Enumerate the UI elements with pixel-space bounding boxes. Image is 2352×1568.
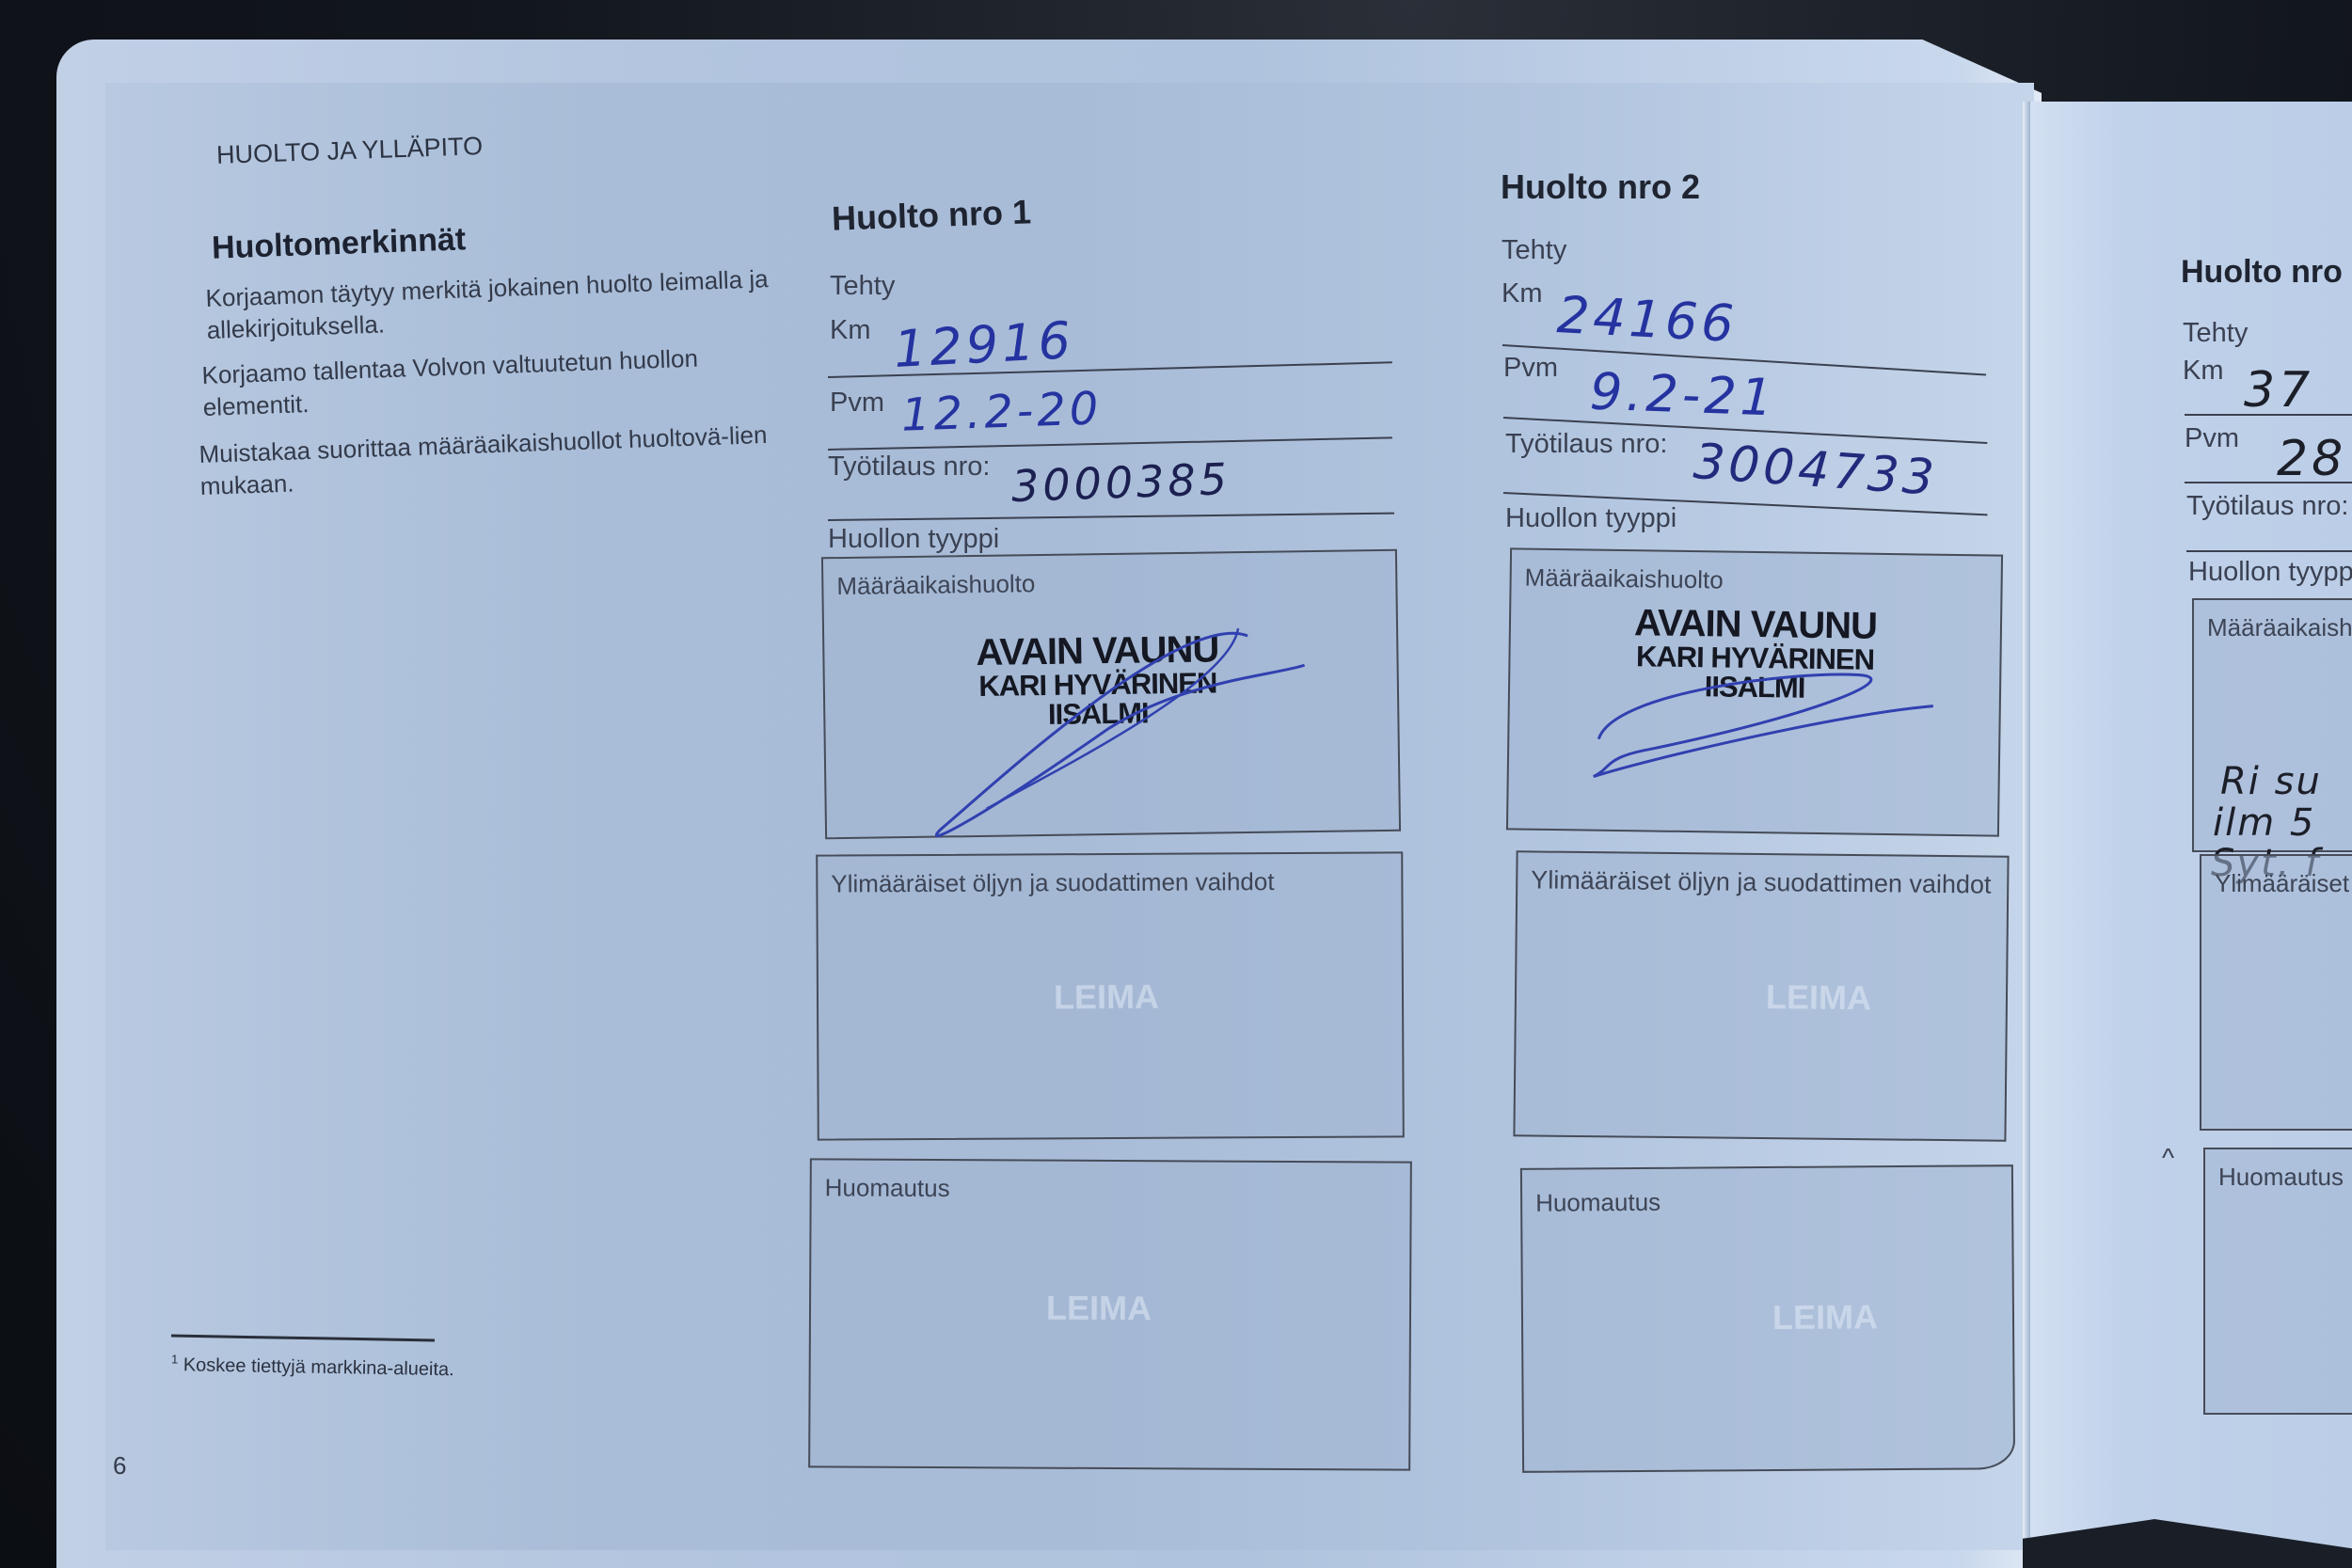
handwritten-note-line: Ri su bbox=[2220, 760, 2322, 803]
stamp-placeholder: LEIMA bbox=[1046, 1289, 1152, 1329]
km-label: Km bbox=[1502, 278, 1543, 309]
note-box: Huomautus LEIMA bbox=[808, 1158, 1412, 1470]
stamp-placeholder: LEIMA bbox=[1772, 1297, 1878, 1338]
box-label: Ylimääräiset öljyn ja suodattimen vaihdo… bbox=[2215, 869, 2352, 898]
signature bbox=[1508, 549, 2001, 834]
box-label: Huomautus bbox=[1535, 1188, 1661, 1218]
field-rule bbox=[2186, 550, 2352, 552]
note-box: Huomautus bbox=[2203, 1148, 2352, 1415]
box-label: Ylimääräiset öljyn ja suodattimen vaihdo… bbox=[1531, 865, 1992, 899]
scheduled-service-box: Määräaikaishuolto AVAIN VAUNU KARI HYVÄR… bbox=[821, 549, 1401, 840]
date-label: Pvm bbox=[1503, 353, 1558, 384]
booklet-spine bbox=[2023, 102, 2030, 1550]
done-label: Tehty bbox=[1502, 235, 1566, 266]
date-value: 9.2-21 bbox=[1589, 362, 1777, 428]
date-label: Pvm bbox=[830, 388, 884, 419]
service-type-label: Huollon tyyppi bbox=[828, 524, 999, 555]
date-value: 28 bbox=[2277, 431, 2346, 487]
km-label: Km bbox=[830, 315, 871, 346]
work-order-value: 3000385 bbox=[1010, 453, 1232, 512]
work-order-label: Työtilaus nro: bbox=[1505, 429, 1667, 460]
done-label: Tehty bbox=[2183, 318, 2248, 349]
note-box: Huomautus LEIMA bbox=[1520, 1164, 2015, 1473]
pen-mark: ^ bbox=[2162, 1143, 2174, 1173]
page-number: 6 bbox=[113, 1451, 126, 1481]
stamp-placeholder: LEIMA bbox=[1054, 977, 1159, 1018]
service-title: Huolto nro 2 bbox=[1501, 167, 1700, 207]
km-value: 24166 bbox=[1555, 285, 1739, 354]
date-value: 12.2-20 bbox=[900, 382, 1103, 441]
km-value: 12916 bbox=[892, 310, 1075, 379]
service-type-label: Huollon tyyppi bbox=[1505, 503, 1677, 534]
service-title: Huolto nro 1 bbox=[831, 192, 1031, 238]
box-label: Ylimääräiset öljyn ja suodattimen vaihdo… bbox=[831, 867, 1274, 898]
scheduled-service-box: Määräaikaishuolto AVAIN VAUNU KARI HYVÄR… bbox=[1506, 547, 2003, 836]
footnote-text: Koskee tiettyjä markkina-alueita. bbox=[183, 1354, 454, 1380]
date-label: Pvm bbox=[2185, 423, 2239, 454]
footnote-marker: 1 bbox=[171, 1352, 178, 1366]
km-value: 37 bbox=[2244, 362, 2313, 419]
km-label: Km bbox=[2183, 356, 2224, 387]
field-rule bbox=[2185, 482, 2352, 483]
service-title: Huolto nro bbox=[2181, 254, 2343, 291]
work-order-label: Työtilaus nro: bbox=[828, 451, 990, 483]
handwritten-note-line: ilm 5 bbox=[2213, 801, 2315, 845]
stamp-placeholder: LEIMA bbox=[1766, 977, 1871, 1018]
footnote: 1 Koskee tiettyjä markkina-alueita. bbox=[171, 1352, 454, 1381]
extra-oil-change-box: Ylimääräiset öljyn ja suodattimen vaihdo… bbox=[1513, 850, 2009, 1141]
extra-oil-change-box: Ylimääräiset öljyn ja suodattimen vaihdo… bbox=[2200, 854, 2352, 1131]
field-rule bbox=[2185, 414, 2352, 416]
extra-oil-change-box: Ylimääräiset öljyn ja suodattimen vaihdo… bbox=[816, 851, 1405, 1140]
work-order-label: Työtilaus nro: bbox=[2186, 491, 2348, 522]
box-label: Huomautus bbox=[2218, 1163, 2344, 1192]
done-label: Tehty bbox=[830, 271, 895, 302]
box-label: Huomautus bbox=[825, 1173, 950, 1203]
signature bbox=[823, 551, 1399, 837]
service-type-label: Huollon tyyppi bbox=[2188, 557, 2352, 588]
box-label: Määräaikaishuolto bbox=[2207, 613, 2352, 642]
